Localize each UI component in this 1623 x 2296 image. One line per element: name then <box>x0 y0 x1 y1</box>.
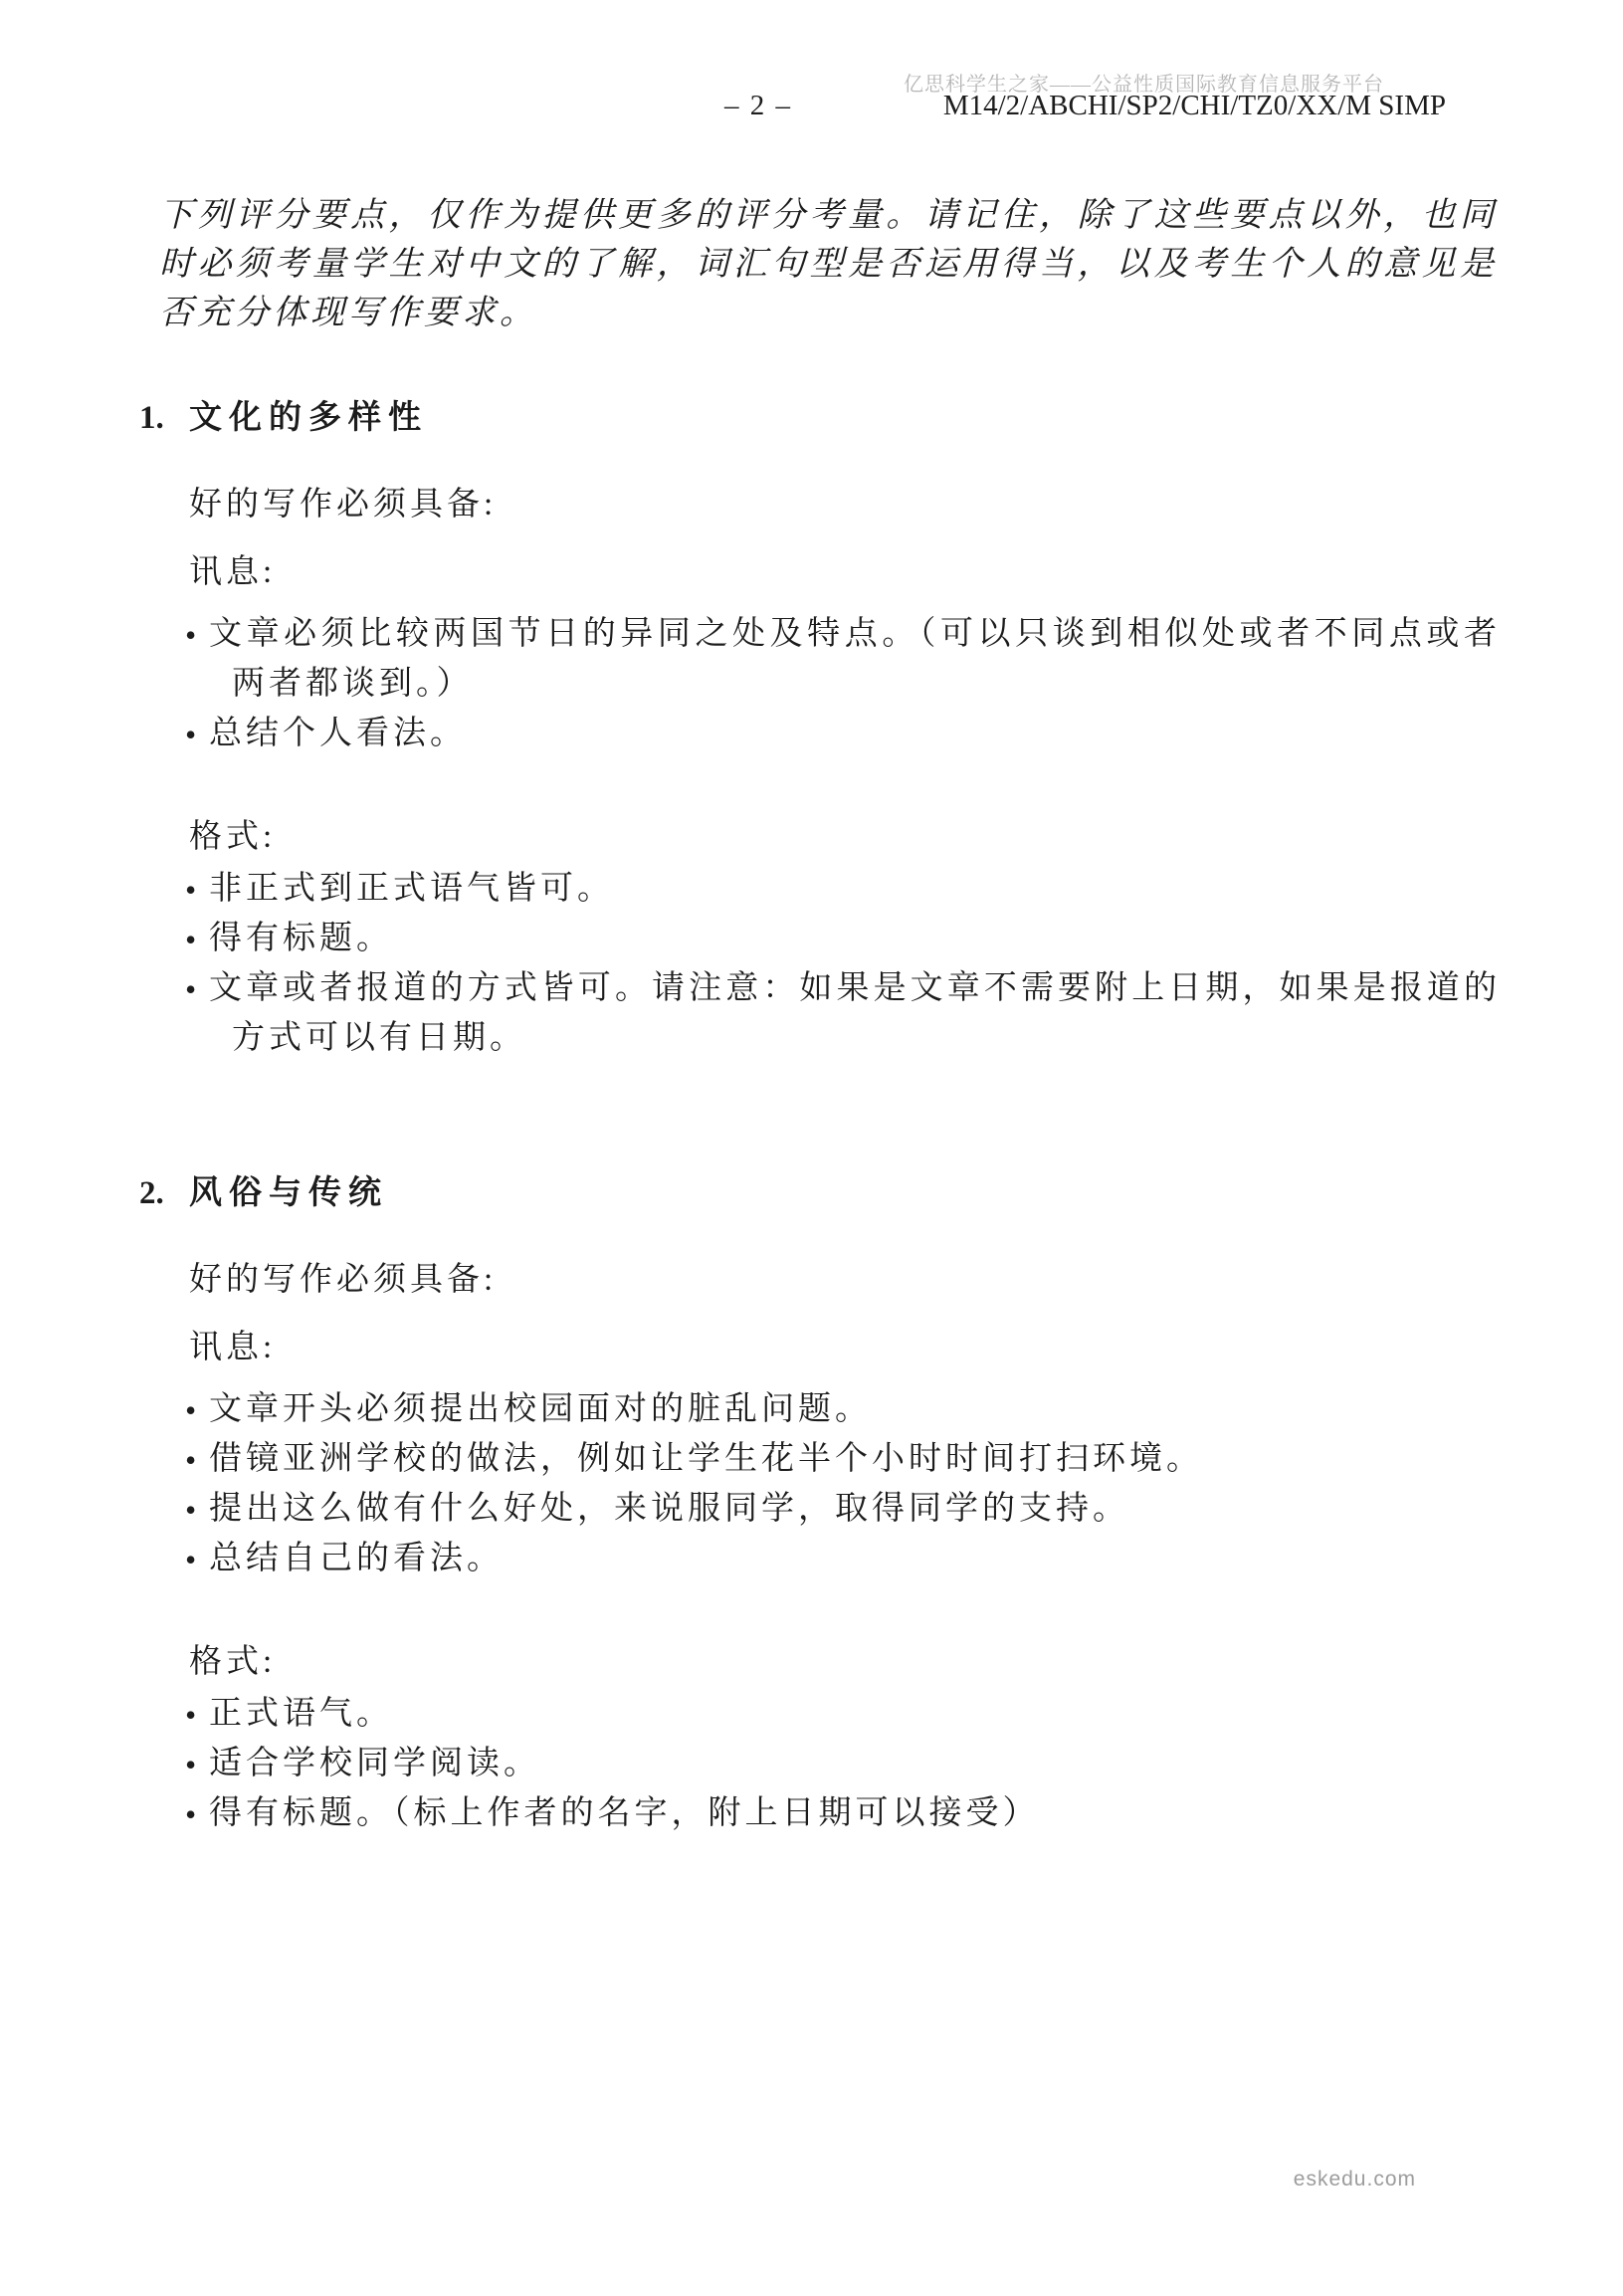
requirement-line: 好的写作必须具备: <box>189 482 1501 528</box>
format-list: 非正式到正式语气皆可。 得有标题。 文章或者报道的方式皆可。请注意：如果是文章不… <box>139 864 1501 1063</box>
intro-paragraph: 下列评分要点，仅作为提供更多的评分考量。请记住，除了这些要点以外，也同时必须考量… <box>159 191 1498 337</box>
info-label: 讯息: <box>189 1325 1501 1371</box>
list-item: 适合学校同学阅读。 <box>189 1739 1501 1788</box>
list-item: 文章开头必须提出校园面对的脏乱问题。 <box>189 1384 1501 1434</box>
document-content: 下列评分要点，仅作为提供更多的评分考量。请记住，除了这些要点以外，也同时必须考量… <box>139 191 1501 1838</box>
section-number: 1. <box>139 395 189 442</box>
list-item: 正式语气。 <box>189 1689 1501 1739</box>
section-customs-traditions: 2. 风俗与传统 好的写作必须具备: 讯息: 文章开头必须提出校园面对的脏乱问题… <box>139 1170 1501 1838</box>
list-item: 非正式到正式语气皆可。 <box>189 864 1501 914</box>
list-item: 总结自己的看法。 <box>189 1534 1501 1583</box>
info-label: 讯息: <box>189 549 1501 596</box>
section-culture-diversity: 1. 文化的多样性 好的写作必须具备: 讯息: 文章必须比较两国节日的异同之处及… <box>139 395 1501 1063</box>
format-label: 格式: <box>189 1639 1501 1686</box>
format-list: 正式语气。 适合学校同学阅读。 得有标题。（标上作者的名字，附上日期可以接受） <box>139 1689 1501 1838</box>
section-heading: 2. 风俗与传统 <box>139 1170 1501 1217</box>
section-number: 2. <box>139 1170 189 1217</box>
list-item: 借镜亚洲学校的做法，例如让学生花半个小时时间打扫环境。 <box>189 1434 1501 1484</box>
section-heading: 1. 文化的多样性 <box>139 395 1501 442</box>
list-item: 总结个人看法。 <box>189 709 1501 758</box>
requirement-line: 好的写作必须具备: <box>189 1257 1501 1304</box>
paper-code: M14/2/ABCHI/SP2/CHI/TZ0/XX/M SIMP <box>0 90 1446 122</box>
list-item: 得有标题。（标上作者的名字，附上日期可以接受） <box>189 1788 1501 1838</box>
site-credit: eskedu.com <box>0 2168 1416 2192</box>
info-list: 文章必须比较两国节日的异同之处及特点。（可以只谈到相似处或者不同点或者两者都谈到… <box>139 609 1501 758</box>
format-label: 格式: <box>189 814 1501 861</box>
section-title: 文化的多样性 <box>189 395 428 442</box>
document-page: 亿思科学生之家——公益性质国际教育信息服务平台 – 2 – M14/2/ABCH… <box>0 0 1623 2296</box>
list-item: 得有标题。 <box>189 914 1501 963</box>
list-item: 提出这么做有什么好处，来说服同学，取得同学的支持。 <box>189 1484 1501 1534</box>
info-list: 文章开头必须提出校园面对的脏乱问题。 借镜亚洲学校的做法，例如让学生花半个小时时… <box>139 1384 1501 1583</box>
list-item: 文章必须比较两国节日的异同之处及特点。（可以只谈到相似处或者不同点或者两者都谈到… <box>189 609 1501 709</box>
list-item: 文章或者报道的方式皆可。请注意：如果是文章不需要附上日期，如果是报道的方式可以有… <box>189 963 1501 1063</box>
section-title: 风俗与传统 <box>189 1170 388 1217</box>
